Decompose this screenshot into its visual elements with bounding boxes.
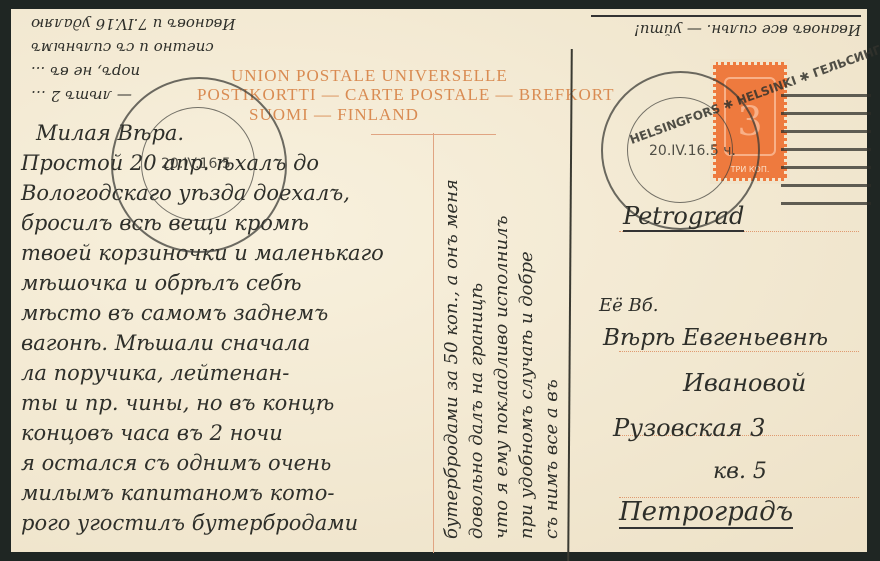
vertical-message-line: что я ему покладливо исполнилъ [491,215,512,539]
vertical-message-line: при удобномъ случаѣ и добре [516,251,537,539]
postmark-date: 20.IV.16.5 [161,156,231,172]
handwritten-divider-line [567,49,573,561]
address-dotted-line [619,351,859,352]
printed-rule [371,134,496,135]
message-line: ла поручика, лейтенан- [21,361,289,385]
postmark-date: 20.IV.16.5 ч. [649,143,736,159]
message-line: мѣшочка и обрѣлъ себѣ [21,271,302,295]
address-honorific: Её Вб. [599,295,658,316]
message-line: милымъ капитаномъ кото- [21,481,334,505]
address-line-street: Рузовская 3 [613,414,765,442]
postcard: UNION POSTALE UNIVERSELLE POSTIKORTTI — … [11,9,867,552]
printed-divider [433,133,434,553]
address-line-surname: Ивановой [683,369,806,397]
upside-down-note-line: Ивановъ и 7.IV.16 удаляю [31,15,236,33]
vertical-message-line: довольно далъ на границѣ [466,283,487,539]
upside-down-note-line: — лѣтъ 2 … [31,87,132,105]
message-line: концовъ часа въ 2 ночи [21,421,283,445]
postmark-left: 20.IV.16.5 [111,77,287,253]
upside-down-note-right: Ивановъ все сильн. — уйти! [591,15,861,39]
address-line-apartment: кв. 5 [713,459,767,484]
printed-header-line1: UNION POSTALE UNIVERSELLE [231,66,508,86]
vertical-message-line: съ нимъ все а въ [541,379,562,539]
message-line: вагонѣ. Мѣшали сначала [21,331,310,355]
cancellation-bars [781,94,871,220]
vertical-message-line: бутербродами за 50 коп., а онъ меня [441,179,462,539]
message-line: я остался съ однимъ очень [21,451,331,475]
message-line: мѣсто въ самомъ заднемъ [21,301,328,325]
upside-down-note-line: спешно и съ сильнымъ [31,39,214,57]
upside-down-note-line: поръ, не въ ... [31,63,140,81]
message-line: рого угостилъ бутербродами [21,511,358,535]
address-line-name: Вѣрѣ Евгеньевнѣ [603,325,828,351]
address-city-cyrillic: Петроградъ [619,497,793,529]
address-city-latin: Petrograd [623,202,744,232]
message-line: ты и пр. чины, но въ концѣ [21,391,334,415]
